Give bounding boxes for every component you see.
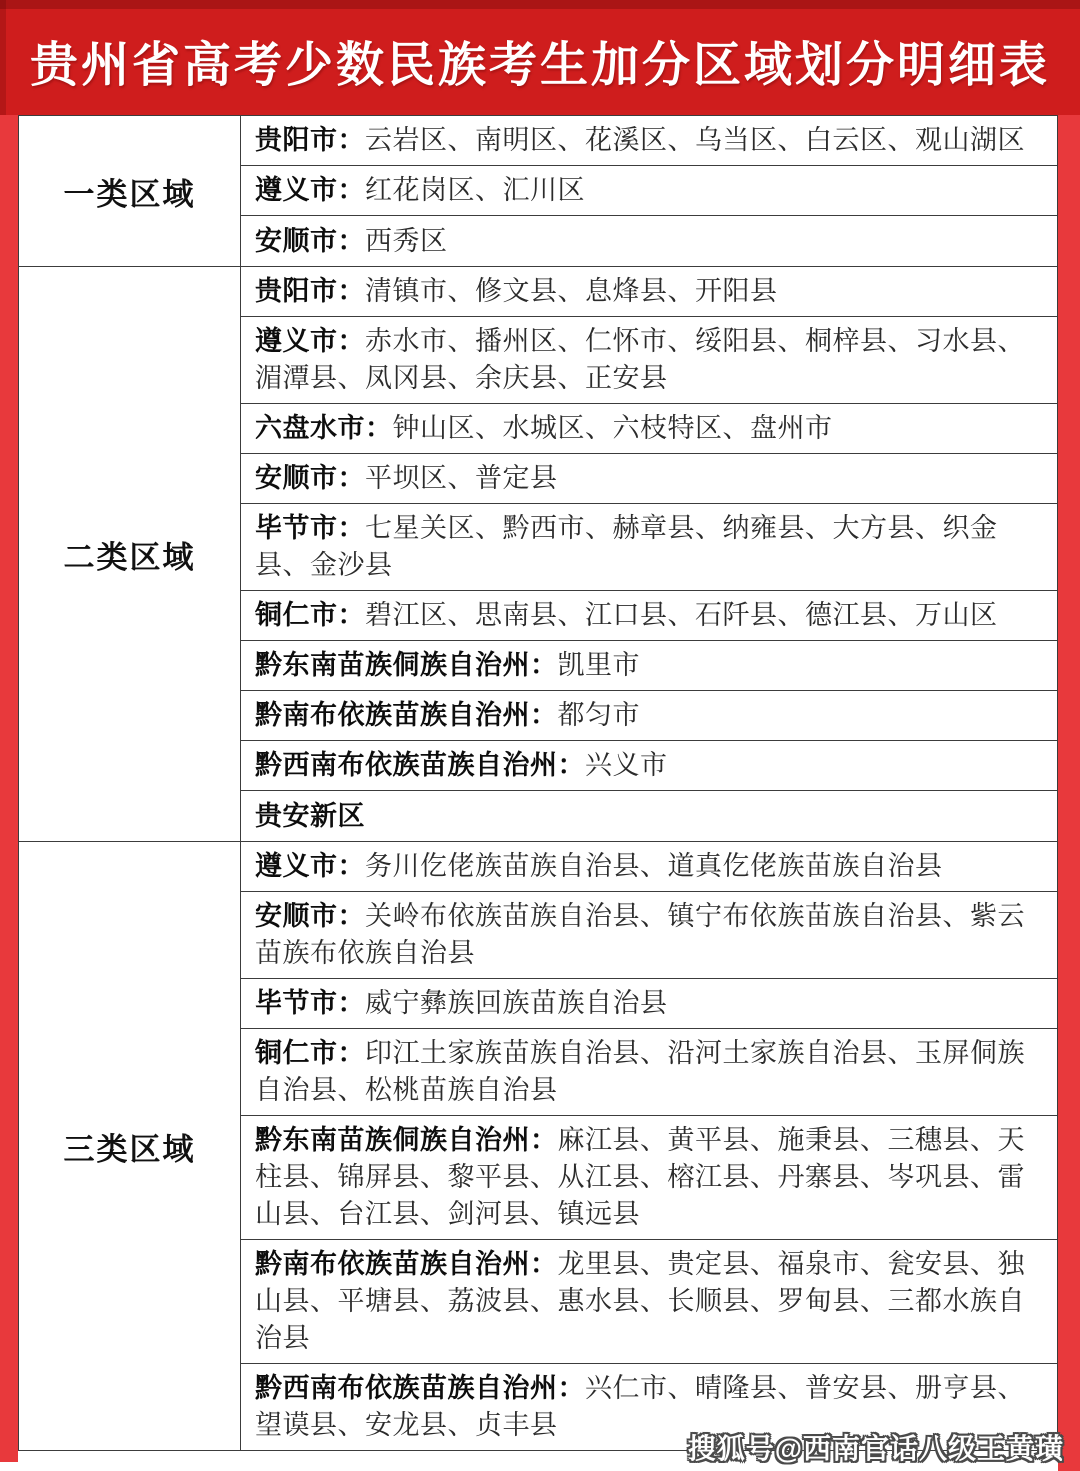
city-prefix: 遵义市： <box>255 175 365 205</box>
city-prefix: 毕节市： <box>255 513 365 543</box>
section-label-2: 二类区域 <box>19 267 241 841</box>
row-text: 铜仁市：印江土家族苗族自治县、沿河土家族自治县、玉屏侗族自治县、松桃苗族自治县 <box>255 1035 1045 1109</box>
district-list: 关岭布依族苗族自治县、镇宁布依族苗族自治县、紫云苗族布依族自治县 <box>255 901 1025 968</box>
city-prefix: 安顺市： <box>255 901 365 931</box>
city-prefix: 黔南布依族苗族自治州： <box>255 1249 558 1279</box>
district-list: 务川仡佬族苗族自治县、道真仡佬族苗族自治县 <box>365 851 943 881</box>
city-prefix: 铜仁市： <box>255 1038 365 1068</box>
district-list: 云岩区、南明区、花溪区、乌当区、白云区、观山湖区 <box>365 125 1025 155</box>
city-prefix: 黔西南布依族苗族自治州： <box>255 750 585 780</box>
table-row: 铜仁市：印江土家族苗族自治县、沿河土家族自治县、玉屏侗族自治县、松桃苗族自治县 <box>241 1029 1057 1116</box>
table-row: 毕节市：七星关区、黔西市、赫章县、纳雍县、大方县、织金县、金沙县 <box>241 504 1057 591</box>
watermark: 搜狐号@西南官话八级王黄璜 <box>688 1427 1064 1467</box>
table-row: 安顺市：西秀区 <box>241 216 1057 266</box>
district-list: 钟山区、水城区、六枝特区、盘州市 <box>393 413 833 443</box>
section-label-1: 一类区域 <box>19 116 241 266</box>
table-row: 黔东南苗族侗族自治州：凯里市 <box>241 641 1057 691</box>
page: 贵州省高考少数民族考生加分区域划分明细表 一类区域 贵阳市：云岩区、南明区、花溪… <box>0 0 1080 1471</box>
row-text: 黔西南布依族苗族自治州：兴义市 <box>255 747 668 784</box>
row-text: 六盘水市：钟山区、水城区、六枝特区、盘州市 <box>255 410 833 447</box>
row-text: 遵义市：红花岗区、汇川区 <box>255 172 585 209</box>
row-text: 毕节市：威宁彝族回族苗族自治县 <box>255 985 668 1022</box>
district-list: 平坝区、普定县 <box>365 463 558 493</box>
district-list: 兴义市 <box>585 750 668 780</box>
section-rows: 遵义市：务川仡佬族苗族自治县、道真仡佬族苗族自治县 安顺市：关岭布依族苗族自治县… <box>241 842 1057 1450</box>
district-list: 赤水市、播州区、仁怀市、绥阳县、桐梓县、习水县、湄潭县、凤冈县、余庆县、正安县 <box>255 326 1025 393</box>
row-text: 安顺市：关岭布依族苗族自治县、镇宁布依族苗族自治县、紫云苗族布依族自治县 <box>255 898 1045 972</box>
city-prefix: 毕节市： <box>255 988 365 1018</box>
table-row: 铜仁市：碧江区、思南县、江口县、石阡县、德江县、万山区 <box>241 591 1057 641</box>
row-text: 贵阳市：云岩区、南明区、花溪区、乌当区、白云区、观山湖区 <box>255 122 1025 159</box>
district-list: 都匀市 <box>558 700 641 730</box>
city-prefix: 贵阳市： <box>255 125 365 155</box>
row-text: 黔南布依族苗族自治州：都匀市 <box>255 697 640 734</box>
row-text: 毕节市：七星关区、黔西市、赫章县、纳雍县、大方县、织金县、金沙县 <box>255 510 1045 584</box>
title-banner: 贵州省高考少数民族考生加分区域划分明细表 <box>0 0 1080 115</box>
district-list: 清镇市、修文县、息烽县、开阳县 <box>365 276 778 306</box>
row-text: 贵阳市：清镇市、修文县、息烽县、开阳县 <box>255 273 778 310</box>
table-row: 遵义市：赤水市、播州区、仁怀市、绥阳县、桐梓县、习水县、湄潭县、凤冈县、余庆县、… <box>241 317 1057 404</box>
region-table: 一类区域 贵阳市：云岩区、南明区、花溪区、乌当区、白云区、观山湖区 遵义市：红花… <box>18 115 1058 1451</box>
table-row: 黔南布依族苗族自治州：都匀市 <box>241 691 1057 741</box>
section-rows: 贵阳市：清镇市、修文县、息烽县、开阳县 遵义市：赤水市、播州区、仁怀市、绥阳县、… <box>241 267 1057 841</box>
city-prefix: 黔南布依族苗族自治州： <box>255 700 558 730</box>
row-text: 遵义市：务川仡佬族苗族自治县、道真仡佬族苗族自治县 <box>255 848 943 885</box>
region-section: 二类区域 贵阳市：清镇市、修文县、息烽县、开阳县 遵义市：赤水市、播州区、仁怀市… <box>19 267 1057 842</box>
city-prefix: 黔东南苗族侗族自治州： <box>255 650 558 680</box>
table-row: 安顺市：关岭布依族苗族自治县、镇宁布依族苗族自治县、紫云苗族布依族自治县 <box>241 892 1057 979</box>
right-red-border <box>1058 115 1080 1471</box>
table-row: 遵义市：务川仡佬族苗族自治县、道真仡佬族苗族自治县 <box>241 842 1057 892</box>
table-row: 贵安新区 <box>241 791 1057 841</box>
city-prefix: 遵义市： <box>255 851 365 881</box>
city-prefix: 六盘水市： <box>255 413 393 443</box>
row-text: 黔东南苗族侗族自治州：凯里市 <box>255 647 640 684</box>
district-list: 西秀区 <box>365 226 448 256</box>
district-list: 威宁彝族回族苗族自治县 <box>365 988 668 1018</box>
district-list: 碧江区、思南县、江口县、石阡县、德江县、万山区 <box>365 600 998 630</box>
city-prefix: 贵安新区 <box>255 801 365 831</box>
district-list: 凯里市 <box>558 650 641 680</box>
district-list: 印江土家族苗族自治县、沿河土家族自治县、玉屏侗族自治县、松桃苗族自治县 <box>255 1038 1025 1105</box>
left-red-border <box>0 115 18 1462</box>
row-text: 安顺市：平坝区、普定县 <box>255 460 558 497</box>
section-label-3: 三类区域 <box>19 842 241 1450</box>
district-list: 七星关区、黔西市、赫章县、纳雍县、大方县、织金县、金沙县 <box>255 513 998 580</box>
city-prefix: 安顺市： <box>255 226 365 256</box>
table-row: 黔东南苗族侗族自治州：麻江县、黄平县、施秉县、三穗县、天柱县、锦屏县、黎平县、从… <box>241 1116 1057 1240</box>
city-prefix: 遵义市： <box>255 326 365 356</box>
table-row: 安顺市：平坝区、普定县 <box>241 454 1057 504</box>
row-text: 黔南布依族苗族自治州：龙里县、贵定县、福泉市、瓮安县、独山县、平塘县、荔波县、惠… <box>255 1246 1045 1357</box>
district-list: 红花岗区、汇川区 <box>365 175 585 205</box>
city-prefix: 黔东南苗族侗族自治州： <box>255 1125 558 1155</box>
table-row: 黔西南布依族苗族自治州：兴义市 <box>241 741 1057 791</box>
city-prefix: 铜仁市： <box>255 600 365 630</box>
row-text: 铜仁市：碧江区、思南县、江口县、石阡县、德江县、万山区 <box>255 597 998 634</box>
row-text: 黔东南苗族侗族自治州：麻江县、黄平县、施秉县、三穗县、天柱县、锦屏县、黎平县、从… <box>255 1122 1045 1233</box>
region-section: 一类区域 贵阳市：云岩区、南明区、花溪区、乌当区、白云区、观山湖区 遵义市：红花… <box>19 116 1057 267</box>
row-text: 遵义市：赤水市、播州区、仁怀市、绥阳县、桐梓县、习水县、湄潭县、凤冈县、余庆县、… <box>255 323 1045 397</box>
row-text: 安顺市：西秀区 <box>255 223 448 260</box>
city-prefix: 安顺市： <box>255 463 365 493</box>
table-row: 遵义市：红花岗区、汇川区 <box>241 166 1057 216</box>
region-section: 三类区域 遵义市：务川仡佬族苗族自治县、道真仡佬族苗族自治县 安顺市：关岭布依族… <box>19 842 1057 1450</box>
page-title: 贵州省高考少数民族考生加分区域划分明细表 <box>30 20 1050 95</box>
table-row: 黔南布依族苗族自治州：龙里县、贵定县、福泉市、瓮安县、独山县、平塘县、荔波县、惠… <box>241 1240 1057 1364</box>
city-prefix: 贵阳市： <box>255 276 365 306</box>
table-row: 贵阳市：清镇市、修文县、息烽县、开阳县 <box>241 267 1057 317</box>
section-rows: 贵阳市：云岩区、南明区、花溪区、乌当区、白云区、观山湖区 遵义市：红花岗区、汇川… <box>241 116 1057 266</box>
table-row: 六盘水市：钟山区、水城区、六枝特区、盘州市 <box>241 404 1057 454</box>
table-row: 毕节市：威宁彝族回族苗族自治县 <box>241 979 1057 1029</box>
row-text: 贵安新区 <box>255 798 365 835</box>
table-row: 贵阳市：云岩区、南明区、花溪区、乌当区、白云区、观山湖区 <box>241 116 1057 166</box>
city-prefix: 黔西南布依族苗族自治州： <box>255 1373 585 1403</box>
